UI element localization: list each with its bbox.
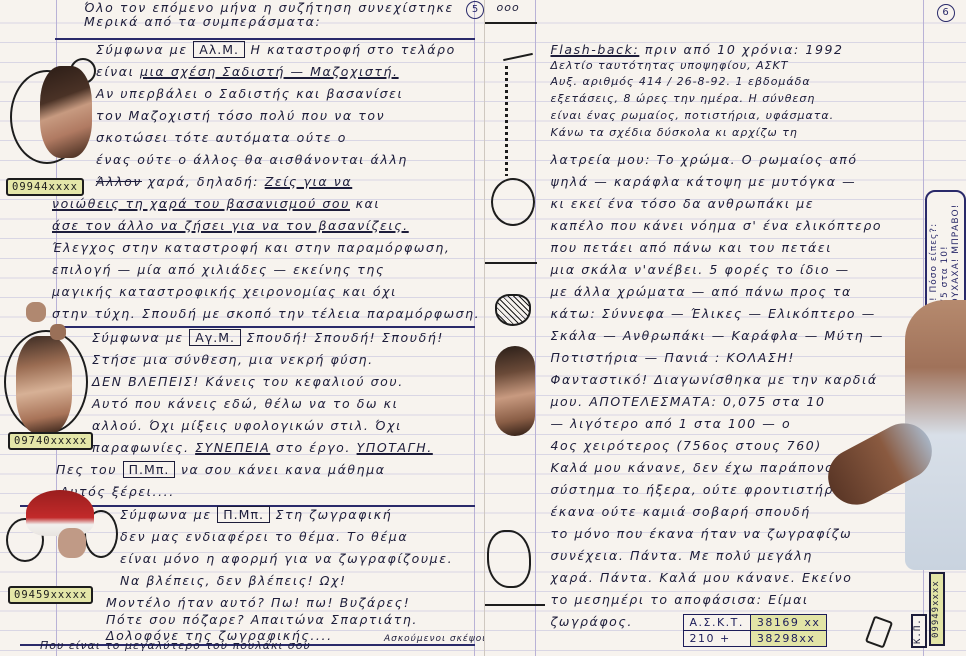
page-number: 5 [466,1,484,19]
text-line: που πετάει από πάνω και του πετάει [551,238,833,258]
palette-drawing [487,530,531,588]
margin-rule-right [474,0,475,656]
text-line: ένας ούτε ο άλλος θα αισθάνονται άλλη [96,150,408,170]
text: Πες του [56,462,117,477]
section2-line6: παραφωνίες. ΣΥΝΕΠΕΙΑ στο έργο. ΥΠΟΤΑΓΗ. [92,438,433,458]
text-line: σκοτώσει τότε αυτόματα ούτε ο [96,128,347,148]
vertical-initials-tag: Κ.Π. [911,614,927,648]
notebook-spread: 5 Όλο τον επόμενο μήνα η συζήτηση συνεχί… [0,0,966,656]
text: Σύμφωνα με [96,42,188,57]
text-line: Αν υπερβάλει ο Σαδιστής και βασανίσει [96,84,403,104]
initials-box: Αγ.Μ. [189,329,241,346]
underlined-text: ΥΠΟΤΑΓΗ. [357,440,433,455]
text-line: — λιγότερο από 1 στα 100 — ο [551,414,792,434]
text-line: Να βλέπεις, δεν βλέπεις! Ωχ! [120,571,347,591]
corner-rule [485,22,537,24]
text-line: συνέχεια. Πάντα. Με πολύ μεγάλη [551,546,813,566]
spray-bottle-drawing [495,294,531,326]
score-value: 38169 xx [750,615,827,631]
mobile-phone-icon [864,615,892,648]
text-line: κάτω: Σύννεφα — Έλικες — Ελικόπτερο — [551,304,876,324]
section1-line1: Σύμφωνα με Αλ.Μ. Η καταστροφή στο τελάρο [96,40,456,60]
portrait-photo-2 [16,336,72,434]
initials-box: Π.Μπ. [123,461,176,478]
text-line: λατρεία μου: Το χρώμα. Ο ρωμαίος από [551,150,858,170]
text: Σύμφωνα με [92,330,184,345]
text: χαρά, δηλαδή: [148,174,260,189]
underlined-text: άσε τον άλλο να ζήσει για να τον βασανίζ… [52,218,409,233]
text: Σύμφωνα με [120,507,212,522]
corner-mark: ooo [497,0,520,18]
text: Σπουδή! Σπουδή! Σπουδή! [247,330,444,345]
flashback-label: Flash-back: [551,42,640,57]
section1-line2: είναι μια σχέση Σαδιστή — Μαζοχιστή. [96,62,399,82]
score-value: 38298xx [750,631,827,647]
text: να σου κάνει κανα μάθημα [181,462,386,477]
text: στο έργο. [276,440,351,455]
text: παραφωνίες. [92,440,190,455]
text-line: στην τύχη. Σπουδή με σκοπό την τέλεια πα… [52,304,480,324]
text-line: Ποτιστήρια — Πανιά : ΚΟΛΑΣΗ! [551,348,796,368]
helicopter-blade-icon [503,53,533,61]
text-line: είναι μόνο η αφορμή για να ζωγραφίζουμε. [120,549,453,569]
divider [485,262,537,264]
underlined-text: ΣΥΝΕΠΕΙΑ [195,440,270,455]
portrait-photo-1 [40,66,92,158]
text-line: μια σκάλα ν'ανέβει. 5 φορές το ίδιο — [551,260,850,280]
initials-box: Αλ.Μ. [193,41,245,58]
section2-line7: Πες του Π.Μπ. να σου κάνει κανα μάθημα [56,460,386,480]
text: πριν από 10 χρόνια: 1992 [645,42,844,57]
footer-line: Που είναι το μεγαλύτερο του πουλάκι σου [40,636,311,656]
text-line: επιλογή — μία από χιλιάδες — εκείνης της [52,260,385,280]
struck-text: Άλλον [96,174,142,189]
ladder-drawing [505,66,508,176]
header-line: Μερικά από τα συμπεράσματα: [84,12,321,32]
text-line: τον Μαζοχιστή τόσο πολύ που να τον [96,106,385,126]
score-label: 210 + [683,631,750,647]
section1-line8: νοιώθεις τη χαρά του βασανισμού σου και [52,194,380,214]
text: είναι [96,64,134,79]
score-table: Α.Σ.Κ.Τ. 38169 xx 210 + 38298xx [683,614,828,647]
underlined-text: νοιώθεις τη χαρά του βασανισμού σου [52,196,350,211]
left-page: 5 Όλο τον επόμενο μήνα η συζήτηση συνεχί… [0,0,485,656]
table-row: 210 + 38298xx [683,631,827,647]
text-line: με άλλα χρώματα — από πάνω προς τα [551,282,852,302]
text-line: Φανταστικό! Διαγωνίσθηκα με την καρδιά [551,370,878,390]
text-line: Έλεγχος στην καταστροφή και στην παραμόρ… [52,238,451,258]
text-line: μαγικής καταστροφικής χειρονομίας και όχ… [52,282,397,302]
text-line: ΔΕΝ ΒΛΕΠΕΙΣ! Κάνεις του κεφαλιού σου. [92,372,404,392]
section1-line7: Άλλον χαρά, δηλαδή: Ζείς για να [96,172,352,192]
section1-line9: άσε τον άλλο να ζήσει για να τον βασανίζ… [52,216,409,236]
initials-box: Π.Μπ. [217,506,270,523]
portrait-photo-3 [58,528,86,558]
text-line: χαρά. Πάντα. Καλά μου κάνανε. Εκείνο [551,568,853,588]
text-line: Καλά μου κάνανε, δεν έχω παράπονο [551,458,835,478]
text-line: Στήσε μια σύνθεση, μια νεκρή φύση. [92,350,374,370]
section2-line1: Σύμφωνα με Αγ.Μ. Σπουδή! Σπουδή! Σπουδή! [92,328,444,348]
phone-tag: 09459xxxxx [8,586,93,604]
text: Στη ζωγραφική [276,507,393,522]
text-line: 4ος χειρότερος (756ος στους 760) [551,436,822,456]
phone-tag: 09740xxxxx [8,432,93,450]
footer-note: Ασκούμενοι σκέψου [384,630,485,650]
text-line: καπέλο που κάνει νόημα σ' ένα ελικόπτερο [551,216,883,236]
text-line: αλλού. Όχι μίξεις υφολογικών στιλ. Όχι [92,416,402,436]
text: Η καταστροφή στο τελάρο [251,42,456,57]
text-line: το μόνο που έκανα ήταν να ζωγραφίζω [551,524,853,544]
text-line: Αυτό που κάνεις εδώ, θέλω να το δω κι [92,394,398,414]
text-line: Κάνω τα σχέδια δύσκολα κι αρχίζω τη [551,123,798,143]
text-line: ψηλά — καράφλα κάτοψη με μυτόγκα — [551,172,857,192]
vertical-phone-tag: 09949xxxx [929,572,945,646]
text-line: Σκάλα — Ανθρωπάκι — Καράφλα — Μύτη — [551,326,884,346]
small-photo [26,302,46,322]
text-line: έκανα ούτε καμιά σοβαρή σπουδή [551,502,811,522]
divider [485,604,545,606]
text: και [356,196,381,211]
margin-rule [535,0,536,656]
roman-head-drawing [491,178,535,226]
small-photo [50,324,66,340]
table-row: Α.Σ.Κ.Τ. 38169 xx [683,615,827,631]
text-line: ζωγράφος. [551,612,633,632]
phone-tag: 09944xxxx [6,178,84,196]
page-number: 6 [937,4,955,22]
santa-hat-photo [26,490,94,536]
portrait-photo-4 [495,346,535,436]
section3-line1: Σύμφωνα με Π.Μπ. Στη ζωγραφική [120,505,392,525]
text-line: κι εκεί ένα τόσο δα ανθρωπάκι με [551,194,815,214]
score-label: Α.Σ.Κ.Τ. [683,615,750,631]
text-line: το μεσημέρι το αποφάσισα: Είμαι [551,590,809,610]
text-line: μου. ΑΠΟΤΕΛΕΣΜΑΤΑ: 0,075 στα 10 [551,392,826,412]
right-page: ooo 6 Flash-back: πριν από 10 χρόνια: 19… [485,0,966,656]
text-line: δεν μας ενδιαφέρει το θέμα. Το θέμα [120,527,408,547]
underlined-text: μια σχέση Σαδιστή — Μαζοχιστή. [140,64,399,79]
underlined-text: Ζείς για να [265,174,353,189]
text-line: σύστημα το ήξερα, ούτε φροντιστήριο [551,480,850,500]
